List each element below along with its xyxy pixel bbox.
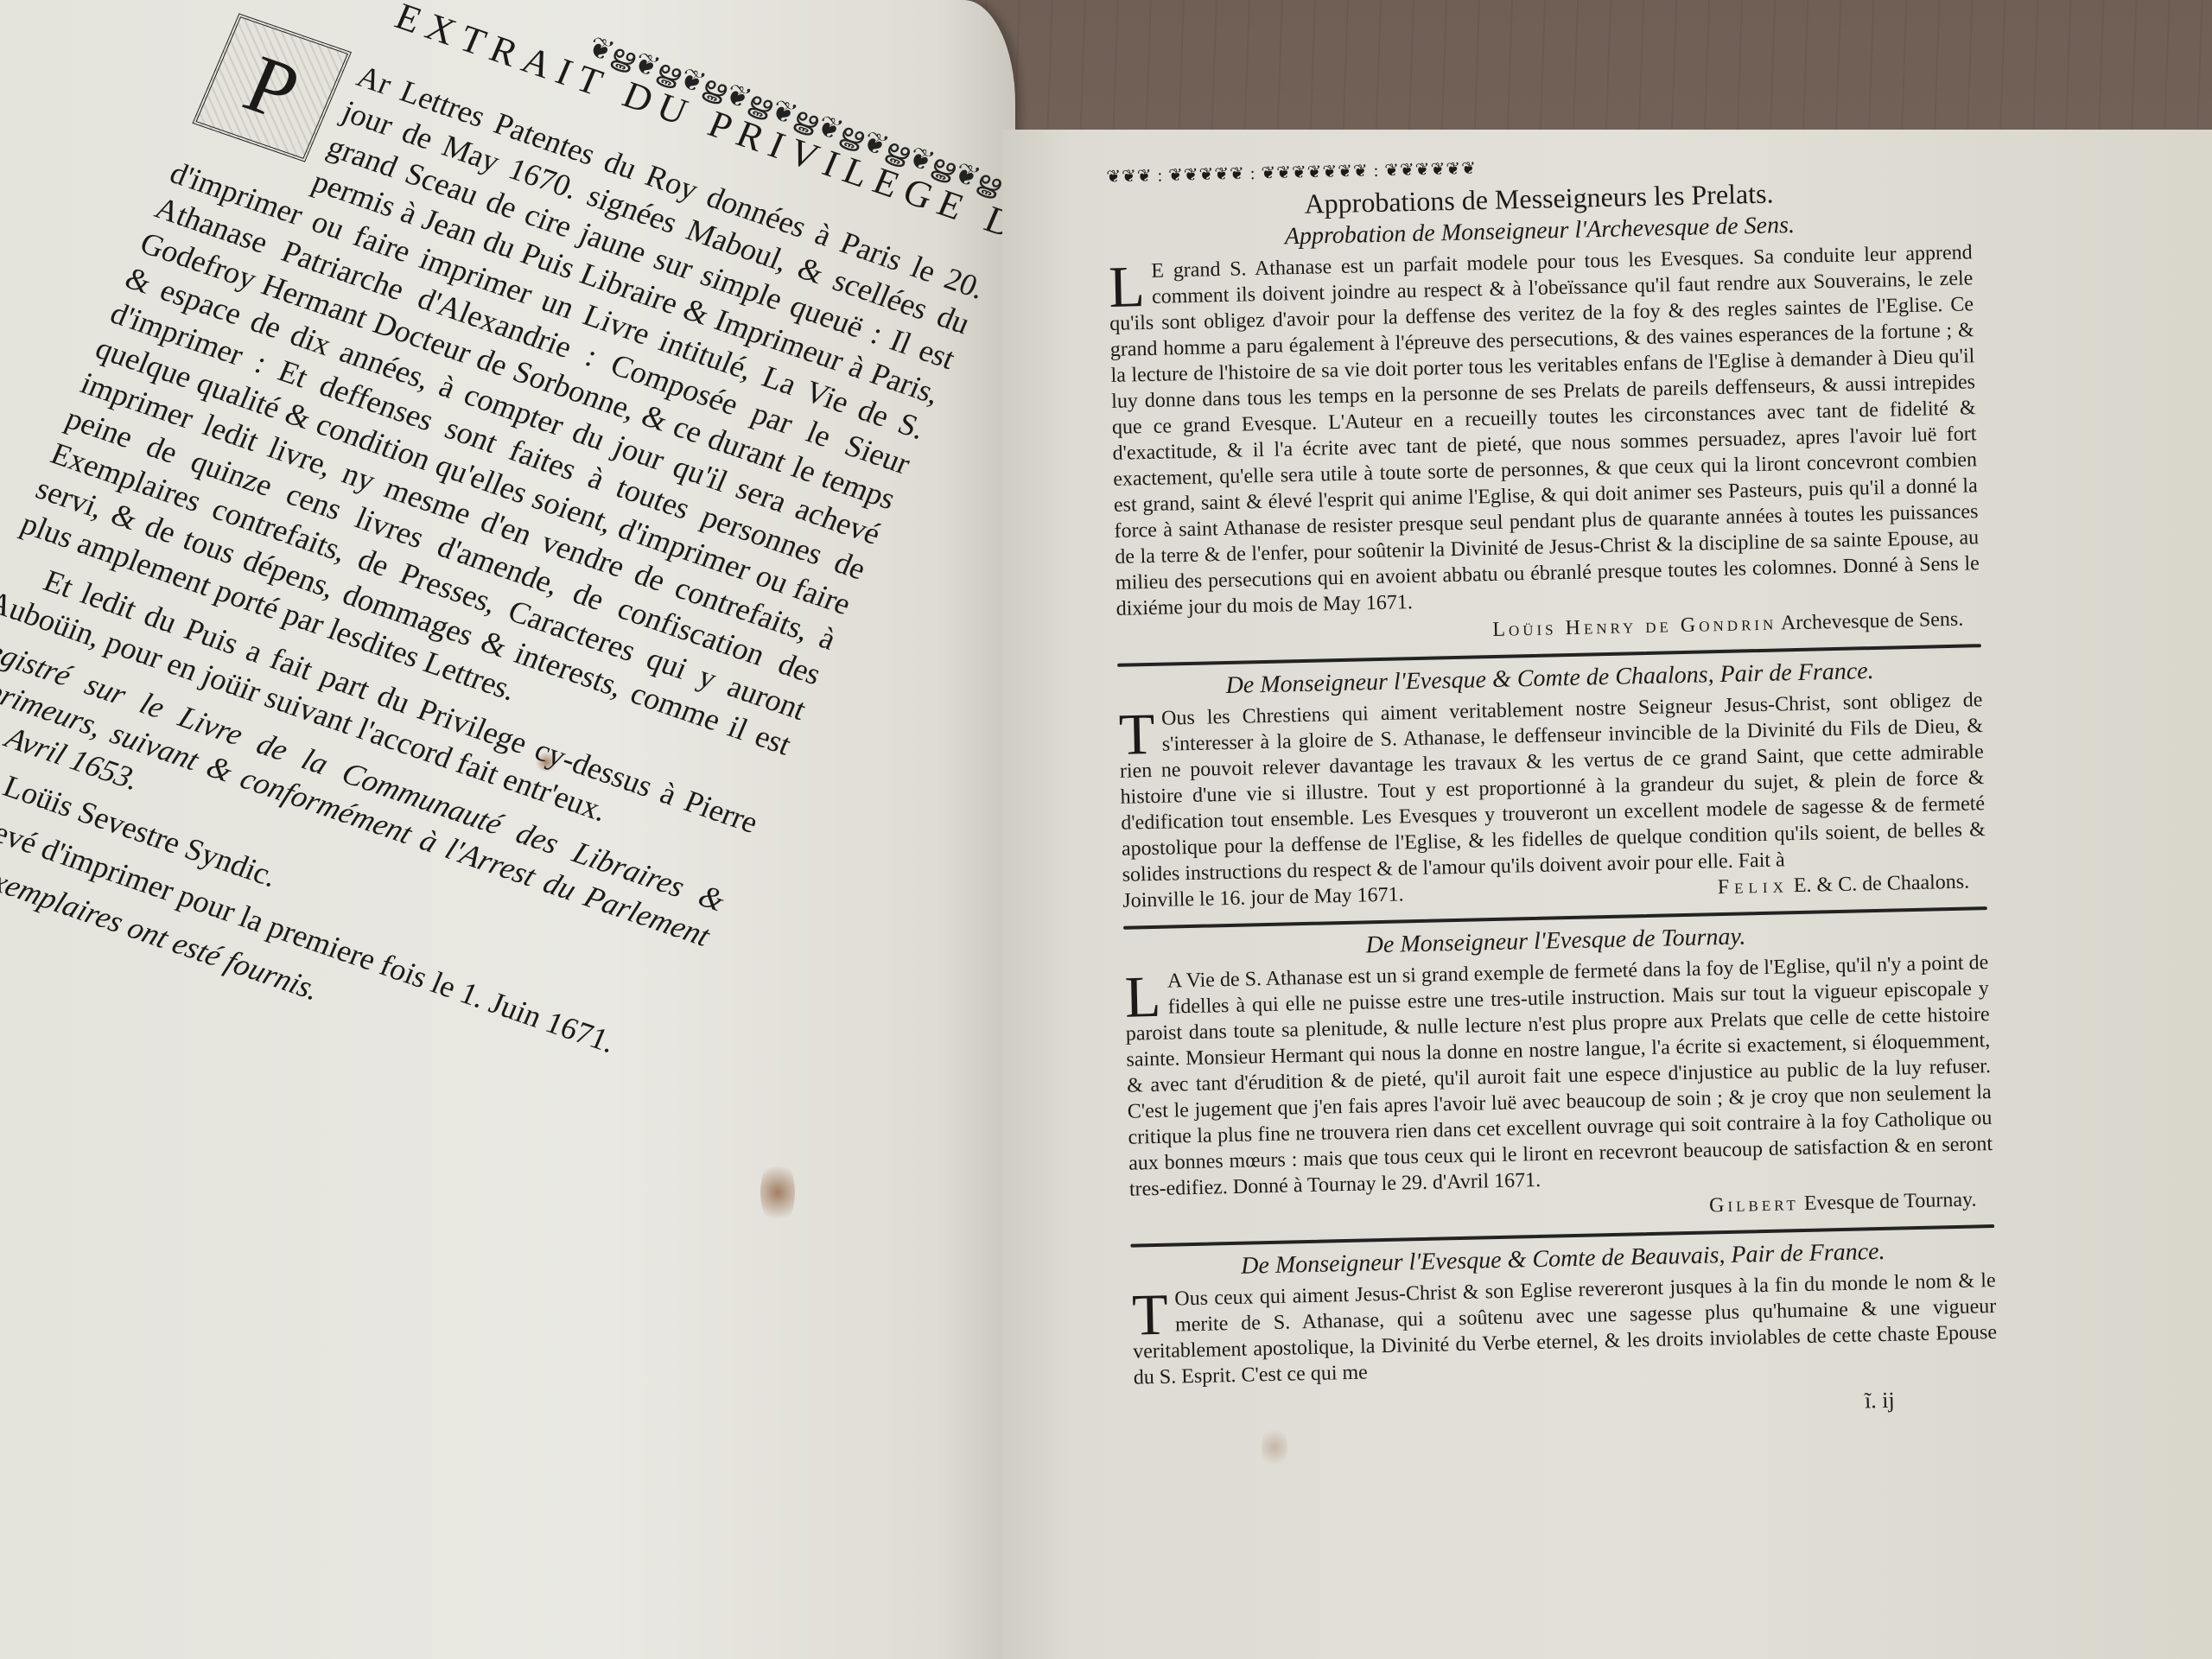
right-page: ❦❦❦ : ❦❦❦❦❦ : ❦❦❦❦❦❦❦ : ❦❦❦❦❦❦ Approbati… [1002,130,2212,1659]
approbation-tournay-text: LA Vie de S. Athanase est un si grand ex… [1124,950,1993,1203]
foxing-stain [1262,1426,1287,1469]
dropcap: L [1124,972,1161,1021]
dropcap: T [1118,709,1155,759]
approbation-sens-text: LE grand S. Athanase est un parfait mode… [1108,239,1980,622]
foxing-stain [760,1158,795,1227]
approbation-chaalons-text: TOus les Chrestiens qui aiment veritable… [1118,687,1986,888]
dropcap: L [1109,262,1146,311]
privilege-extract: ❦ൠ❦ൠ❦ൠ❦ൠ❦ൠ❦ൠ❦ൠ❦ൠ❦ൠ❦ൠ❦ EXTRAIT DU PRIVILE… [0,0,1011,1127]
signature-mark: ĩ. ij [1135,1388,1895,1431]
approbation-beauvais-text: TOus ceux qui aiment Jesus-Christ & son … [1131,1268,1997,1391]
date-line: Joinville le 16. jour de May 1671. [1122,881,1404,913]
left-page: ❦ൠ❦ൠ❦ൠ❦ൠ❦ൠ❦ൠ❦ൠ❦ൠ❦ൠ❦ൠ❦ EXTRAIT DU PRIVILE… [0,0,1015,1659]
dropcap: T [1132,1290,1169,1339]
approbations: ❦❦❦ : ❦❦❦❦❦ : ❦❦❦❦❦❦❦ : ❦❦❦❦❦❦ Approbati… [1106,144,1999,1430]
